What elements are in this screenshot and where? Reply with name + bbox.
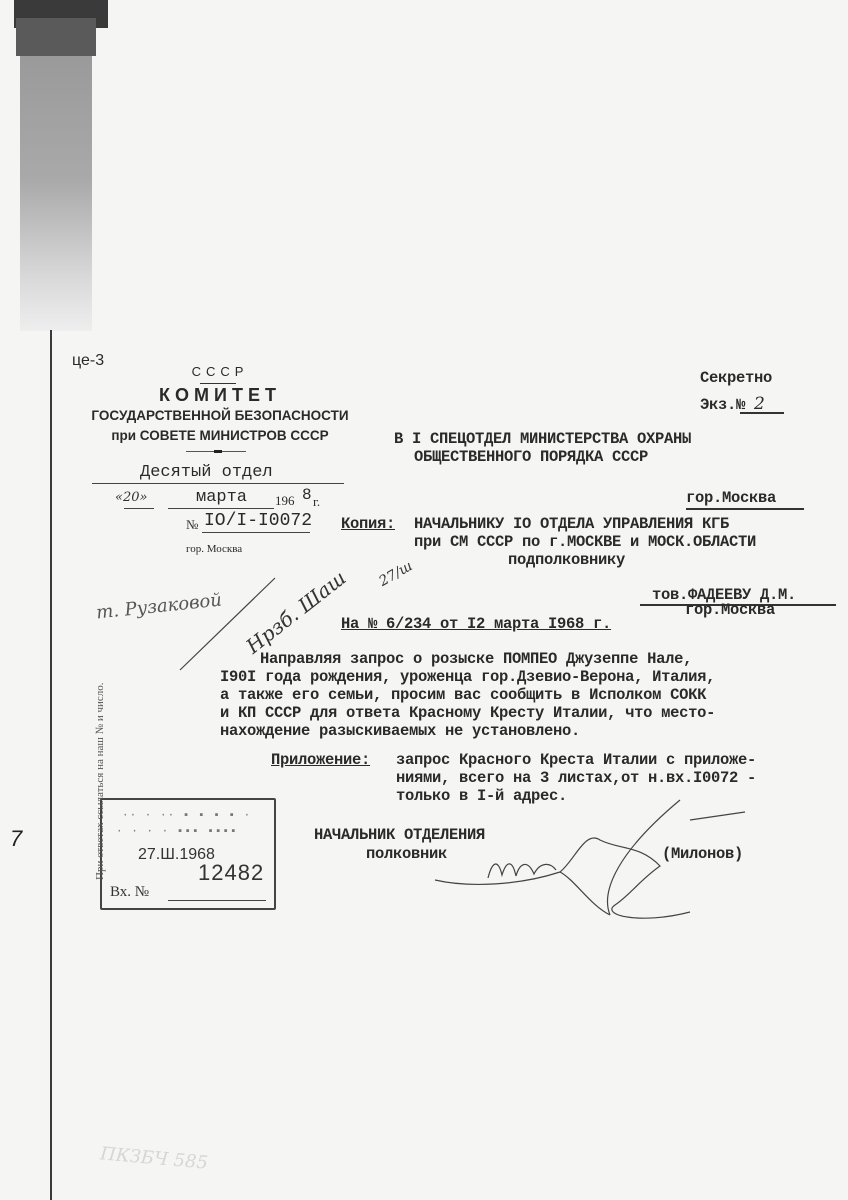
resolution-stroke	[180, 578, 275, 670]
signature-stroke	[435, 800, 745, 918]
document-page: це-3 СССР КОМИТЕТ ГОСУДАРСТВЕННОЙ БЕЗОПА…	[0, 0, 848, 1200]
handwriting-strokes	[0, 0, 848, 1200]
